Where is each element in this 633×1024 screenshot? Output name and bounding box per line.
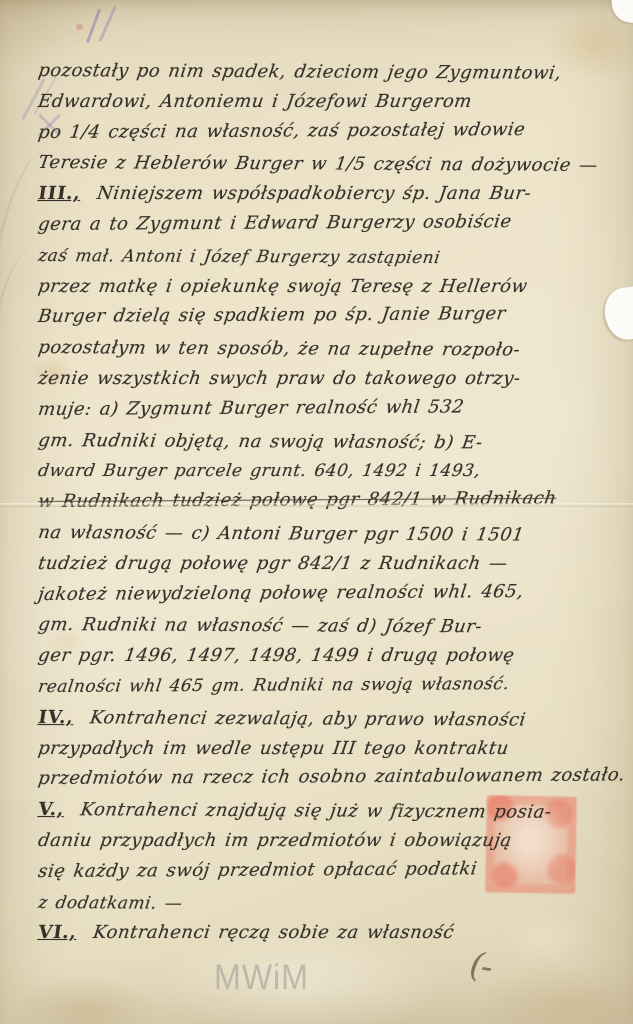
manuscript-line: po 1/4 części na własność, zaś pozostałe… [36, 114, 623, 148]
manuscript-line-text: jakoteż niewydzieloną połowę realności w… [37, 581, 525, 605]
manuscript-line: dward Burger parcele grunt. 640, 1492 i … [36, 456, 622, 487]
manuscript-line-text: gm. Rudniki objętą, na swoją własność; b… [37, 430, 484, 453]
manuscript-line-text: żenie wszystkich swych praw do takowego … [37, 368, 522, 389]
manuscript-line: gm. Rudniki na własność — zaś d) Józef B… [36, 610, 622, 644]
fold-crease-line [0, 503, 633, 507]
manuscript-line: Edwardowi, Antoniemu i Józefowi Burgerom [36, 87, 622, 118]
manuscript-line-text: Burger dzielą się spadkiem po śp. Janie … [37, 304, 507, 328]
manuscript-line: zaś mał. Antoni i Józef Burgerzy zastąpi… [36, 241, 622, 275]
manuscript-line: V.,Kontrahenci znajdują się już w fizycz… [36, 795, 622, 829]
manuscript-line: na własność — c) Antoni Burger pgr 1500 … [36, 518, 622, 552]
manuscript-line-text: w Rudnikach tudzież połowę pgr 842/1 w R… [37, 488, 558, 512]
manuscript-line-text: po 1/4 części na własność, zaś pozostałe… [37, 119, 527, 143]
manuscript-line: jakoteż niewydzieloną połowę realności w… [36, 576, 623, 610]
manuscript-line-text: Kontrahenci ręczą sobie za własność [92, 922, 456, 943]
section-numeral: III., [37, 183, 83, 204]
paper-tear-top-right [610, 0, 633, 23]
manuscript-line: tudzież drugą połowę pgr 842/1 z Rudnika… [36, 549, 622, 580]
manuscript-line-text: przedmiotów na rzecz ich osobno zaintabu… [37, 765, 633, 790]
manuscript-line-text: przypadłych im wedle ustępu III tego kon… [37, 738, 510, 759]
manuscript-line-text: Niniejszem współspadkobiercy śp. Jana Bu… [96, 183, 533, 204]
pencil-mark-bottom-right: (- [467, 945, 494, 988]
manuscript-line: VI.,Kontrahenci ręczą sobie za własność [36, 918, 622, 949]
manuscript-line-text: zaś mał. Antoni i Józef Burgerzy zastąpi… [37, 246, 442, 268]
manuscript-line: z dodatkami. — [36, 888, 622, 922]
manuscript-line-text: gm. Rudniki na własność — zaś d) Józef B… [37, 614, 484, 637]
manuscript-line-text: przez matkę i opiekunkę swoją Teresę z H… [37, 276, 529, 297]
manuscript-line: realności whl 465 gm. Rudniki na swoją w… [36, 668, 623, 702]
section-numeral: V., [37, 799, 66, 820]
manuscript-line: IV.,Kontrahenci zezwalają, aby prawo wła… [36, 703, 622, 737]
manuscript-line: III.,Niniejszem współspadkobiercy śp. Ja… [36, 179, 622, 210]
manuscript-line: przez matkę i opiekunkę swoją Teresę z H… [36, 272, 622, 303]
manuscript-line-text: gera a to Zygmunt i Edward Burgerzy osob… [37, 211, 513, 235]
manuscript-line: przedmiotów na rzecz ich osobno zaintabu… [36, 761, 623, 795]
manuscript-line: przypadłych im wedle ustępu III tego kon… [36, 734, 622, 765]
red-speck-mark [76, 24, 83, 30]
manuscript-line-text: daniu przypadłych im przedmiotów i obowi… [37, 830, 513, 851]
manuscript-line: gera a to Zygmunt i Edward Burgerzy osob… [36, 206, 623, 240]
manuscript-line: muje: a) Zygmunt Burger realność whl 532 [36, 391, 623, 425]
manuscript-line-text: realności whl 465 gm. Rudniki na swoją w… [37, 674, 511, 697]
section-numeral: VI., [37, 922, 79, 943]
manuscript-line-text: Kontrahenci znajdują się już w fizycznem… [79, 799, 553, 822]
manuscript-line: daniu przypadłych im przedmiotów i obowi… [36, 826, 622, 857]
manuscript-page: pozostały po nim spadek, dzieciom jego Z… [0, 0, 633, 1024]
manuscript-line-text: muje: a) Zygmunt Burger realność whl 532 [37, 396, 466, 420]
manuscript-line: pozostały po nim spadek, dzieciom jego Z… [36, 56, 622, 90]
manuscript-line: w Rudnikach tudzież połowę pgr 842/1 w R… [36, 484, 623, 518]
pencil-stroke-mark [98, 6, 116, 42]
manuscript-line-text: Edwardowi, Antoniemu i Józefowi Burgerom [37, 91, 474, 112]
manuscript-line-text: na własność — c) Antoni Burger pgr 1500 … [37, 522, 526, 546]
manuscript-line: pozostałym w ten sposób, że na zupełne r… [36, 333, 622, 367]
manuscript-line: się każdy za swój przedmiot opłacać poda… [36, 853, 623, 887]
manuscript-line-text: tudzież drugą połowę pgr 842/1 z Rudnika… [37, 553, 509, 574]
archive-watermark: MWiM [214, 958, 309, 998]
manuscript-line: Teresie z Heblerów Burger w 1/5 części n… [36, 148, 622, 182]
manuscript-line-text: z dodatkami. — [37, 893, 184, 914]
manuscript-line-text: Kontrahenci zezwalają, aby prawo własnoś… [89, 707, 528, 730]
manuscript-line-text: dward Burger parcele grunt. 640, 1492 i … [37, 461, 482, 481]
manuscript-line: Burger dzielą się spadkiem po śp. Janie … [36, 299, 623, 333]
manuscript-line-text: się każdy za swój przedmiot opłacać poda… [37, 858, 479, 882]
manuscript-line: żenie wszystkich swych praw do takowego … [36, 364, 622, 395]
section-numeral: IV., [37, 707, 76, 728]
manuscript-line: ger pgr. 1496, 1497, 1498, 1499 i drugą … [36, 641, 622, 672]
manuscript-line-text: ger pgr. 1496, 1497, 1498, 1499 i drugą … [37, 645, 516, 666]
manuscript-line-text: pozostały po nim spadek, dzieciom jego Z… [37, 60, 563, 84]
manuscript-line: gm. Rudniki objętą, na swoją własność; b… [36, 426, 622, 460]
manuscript-line-text: Teresie z Heblerów Burger w 1/5 części n… [37, 152, 599, 176]
manuscript-line-text: pozostałym w ten sposób, że na zupełne r… [37, 337, 522, 361]
